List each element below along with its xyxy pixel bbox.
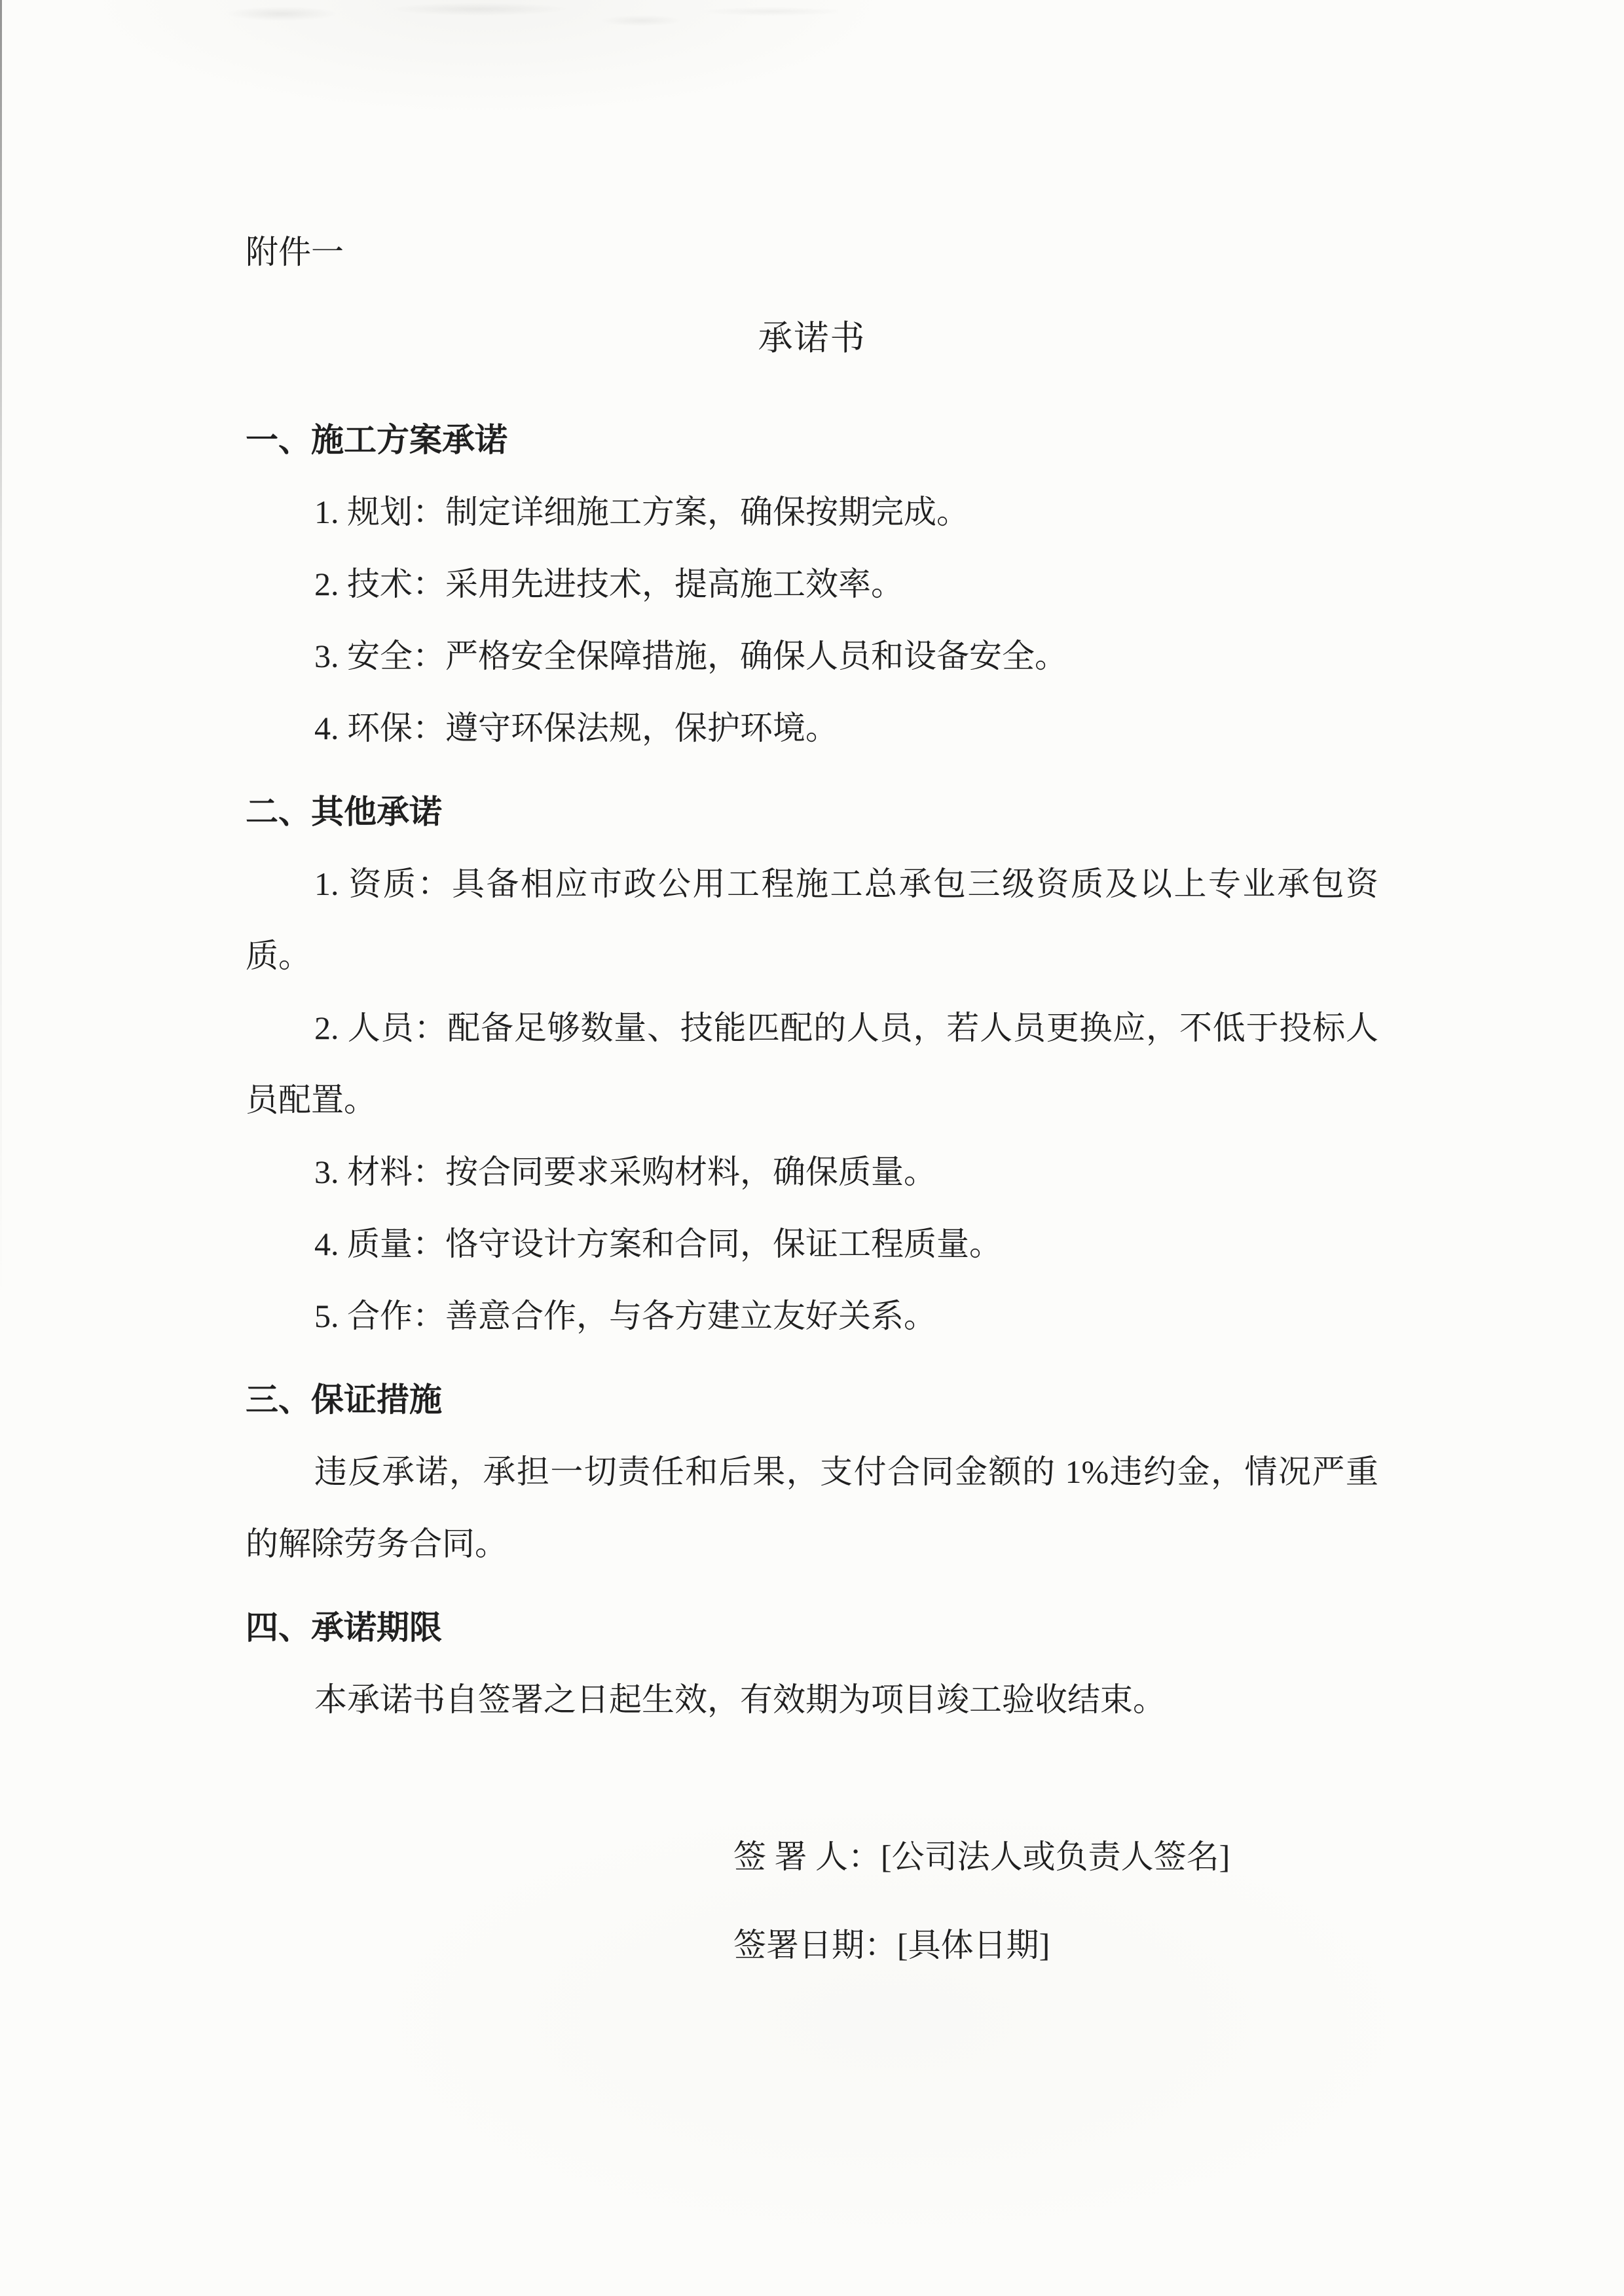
sign-date-line: 签署日期：[具体日期] <box>733 1909 1378 1981</box>
section-4-paragraph: 本承诺书自签署之日起生效，有效期为项目竣工验收结束。 <box>246 1664 1378 1736</box>
signature-block: 签 署 人：[公司法人或负责人签名] 签署日期：[具体日期] <box>733 1821 1378 1981</box>
list-item: 1. 规划：制定详细施工方案，确保按期完成。 <box>246 476 1378 548</box>
list-item: 2. 技术：采用先进技术，提高施工效率。 <box>246 548 1378 620</box>
list-item: 4. 质量：恪守设计方案和合同，保证工程质量。 <box>246 1208 1378 1280</box>
section-4-heading: 四、承诺期限 <box>246 1592 1378 1664</box>
list-item: 1. 资质：具备相应市政公用工程施工总承包三级资质及以上专业承包资质。 <box>246 848 1378 992</box>
section-1-heading: 一、施工方案承诺 <box>246 404 1378 476</box>
section-3-paragraph: 违反承诺，承担一切责任和后果，支付合同金额的 1%违约金，情况严重的解除劳务合同… <box>246 1436 1378 1580</box>
signer-line: 签 署 人：[公司法人或负责人签名] <box>733 1821 1378 1893</box>
document-page: 附件一 承诺书 一、施工方案承诺 1. 规划：制定详细施工方案，确保按期完成。 … <box>0 0 1624 2296</box>
attachment-label: 附件一 <box>246 216 1378 288</box>
section-2-heading: 二、其他承诺 <box>246 776 1378 848</box>
list-item: 3. 材料：按合同要求采购材料，确保质量。 <box>246 1136 1378 1208</box>
document-content: 附件一 承诺书 一、施工方案承诺 1. 规划：制定详细施工方案，确保按期完成。 … <box>0 0 1624 1981</box>
list-item: 4. 环保：遵守环保法规，保护环境。 <box>246 692 1378 764</box>
list-item: 3. 安全：严格安全保障措施，确保人员和设备安全。 <box>246 620 1378 692</box>
page-title: 承诺书 <box>246 302 1378 374</box>
list-item: 5. 合作：善意合作，与各方建立友好关系。 <box>246 1280 1378 1352</box>
section-3-heading: 三、保证措施 <box>246 1364 1378 1436</box>
list-item: 2. 人员：配备足够数量、技能匹配的人员，若人员更换应，不低于投标人员配置。 <box>246 992 1378 1136</box>
